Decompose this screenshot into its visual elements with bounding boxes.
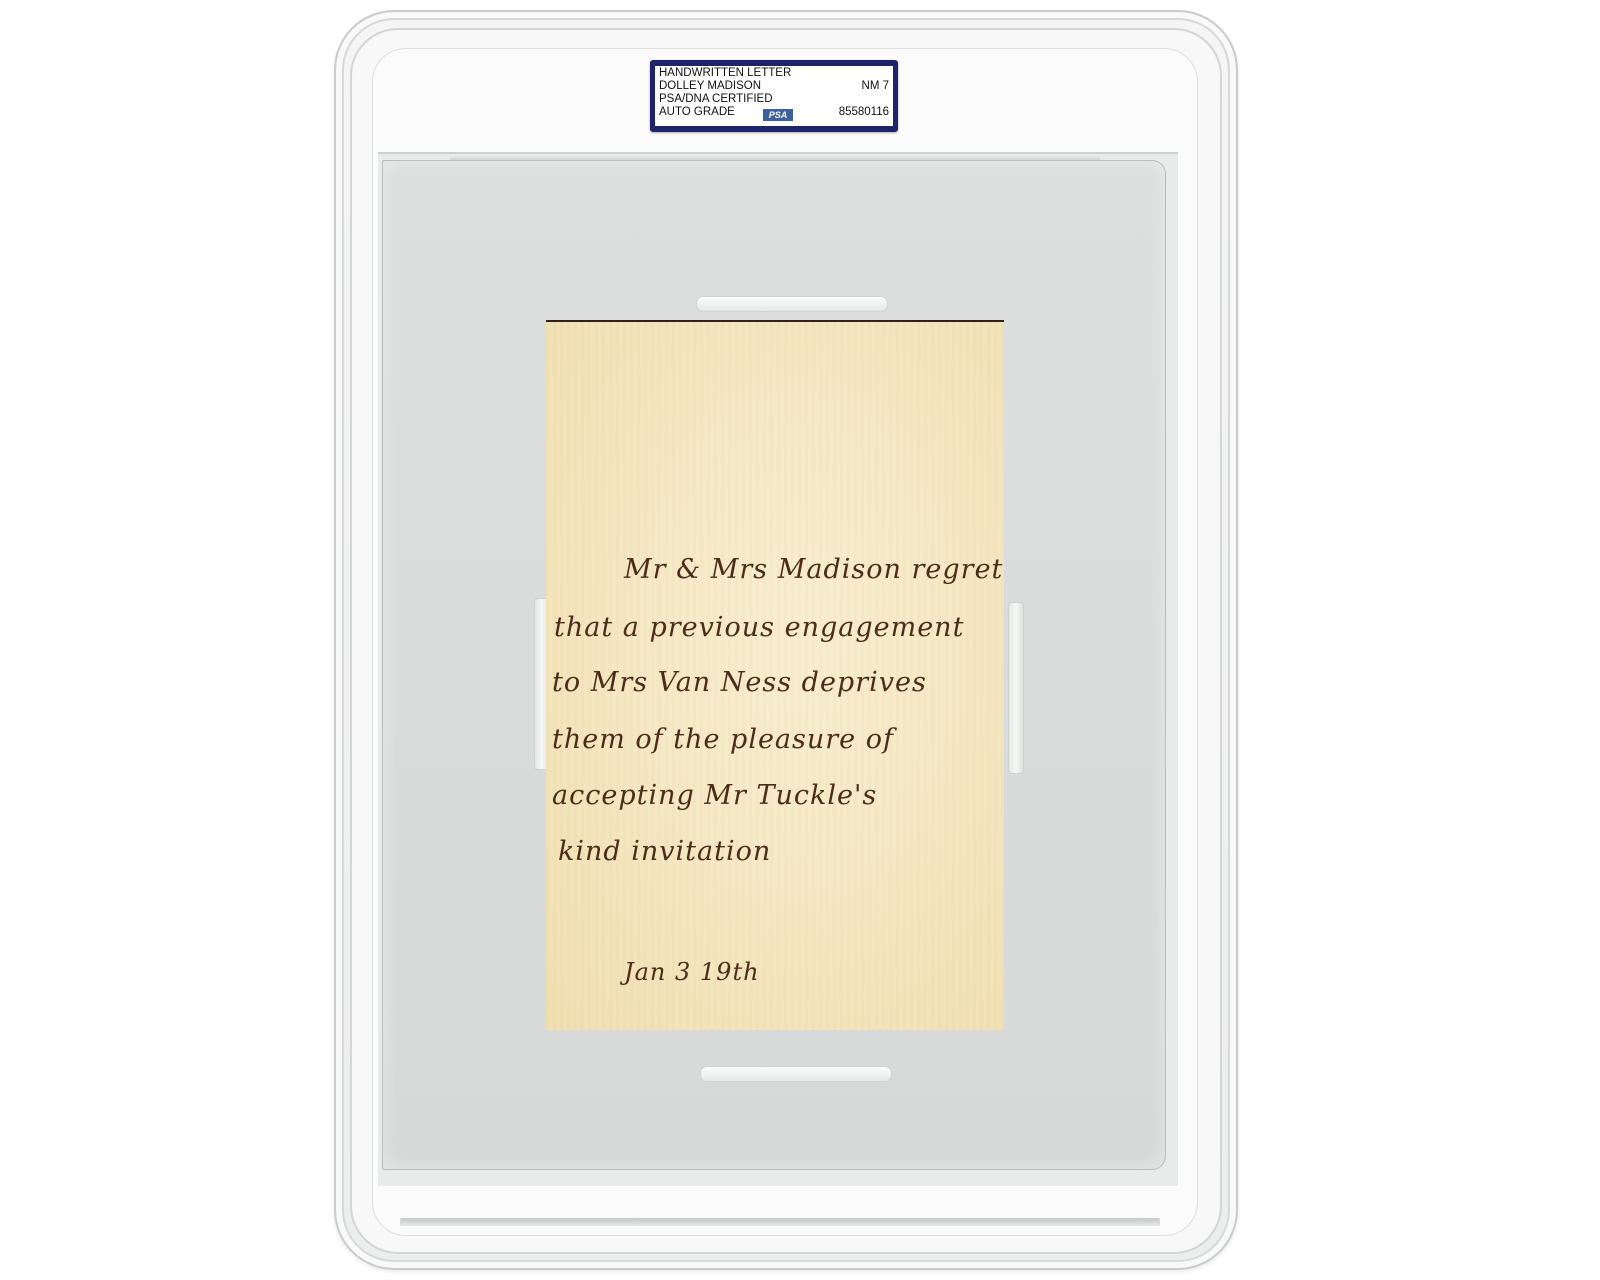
letter-line: that a previous engagement [554, 612, 964, 643]
label-text-area: HANDWRITTEN LETTER DOLLEY MADISON NM 7 P… [655, 66, 893, 126]
letter-line: to Mrs Van Ness deprives [552, 667, 927, 698]
bottom-rail [400, 1218, 1160, 1226]
psa-logo-icon: PSA [763, 109, 793, 121]
label-certification: PSA/DNA CERTIFIED [659, 93, 773, 106]
label-cert-number: 85580116 [839, 106, 889, 119]
letter-date: Jan 3 19th [624, 958, 760, 986]
handwritten-letter: Mr & Mrs Madison regret that a previous … [546, 320, 1004, 1030]
right-clip [1008, 602, 1024, 774]
label-title: HANDWRITTEN LETTER [659, 67, 791, 80]
label-grade: NM 7 [862, 80, 889, 93]
letter-line: them of the pleasure of [552, 724, 894, 755]
top-clip [696, 296, 888, 312]
letter-line: accepting Mr Tuckle's [552, 780, 877, 811]
bottom-clip [700, 1066, 892, 1082]
letter-line: kind invitation [558, 836, 771, 867]
grading-label: HANDWRITTEN LETTER DOLLEY MADISON NM 7 P… [650, 60, 898, 132]
label-grade-type: AUTO GRADE [659, 106, 735, 119]
letter-line: Mr & Mrs Madison regret [624, 554, 1003, 585]
label-subject: DOLLEY MADISON [659, 80, 761, 93]
